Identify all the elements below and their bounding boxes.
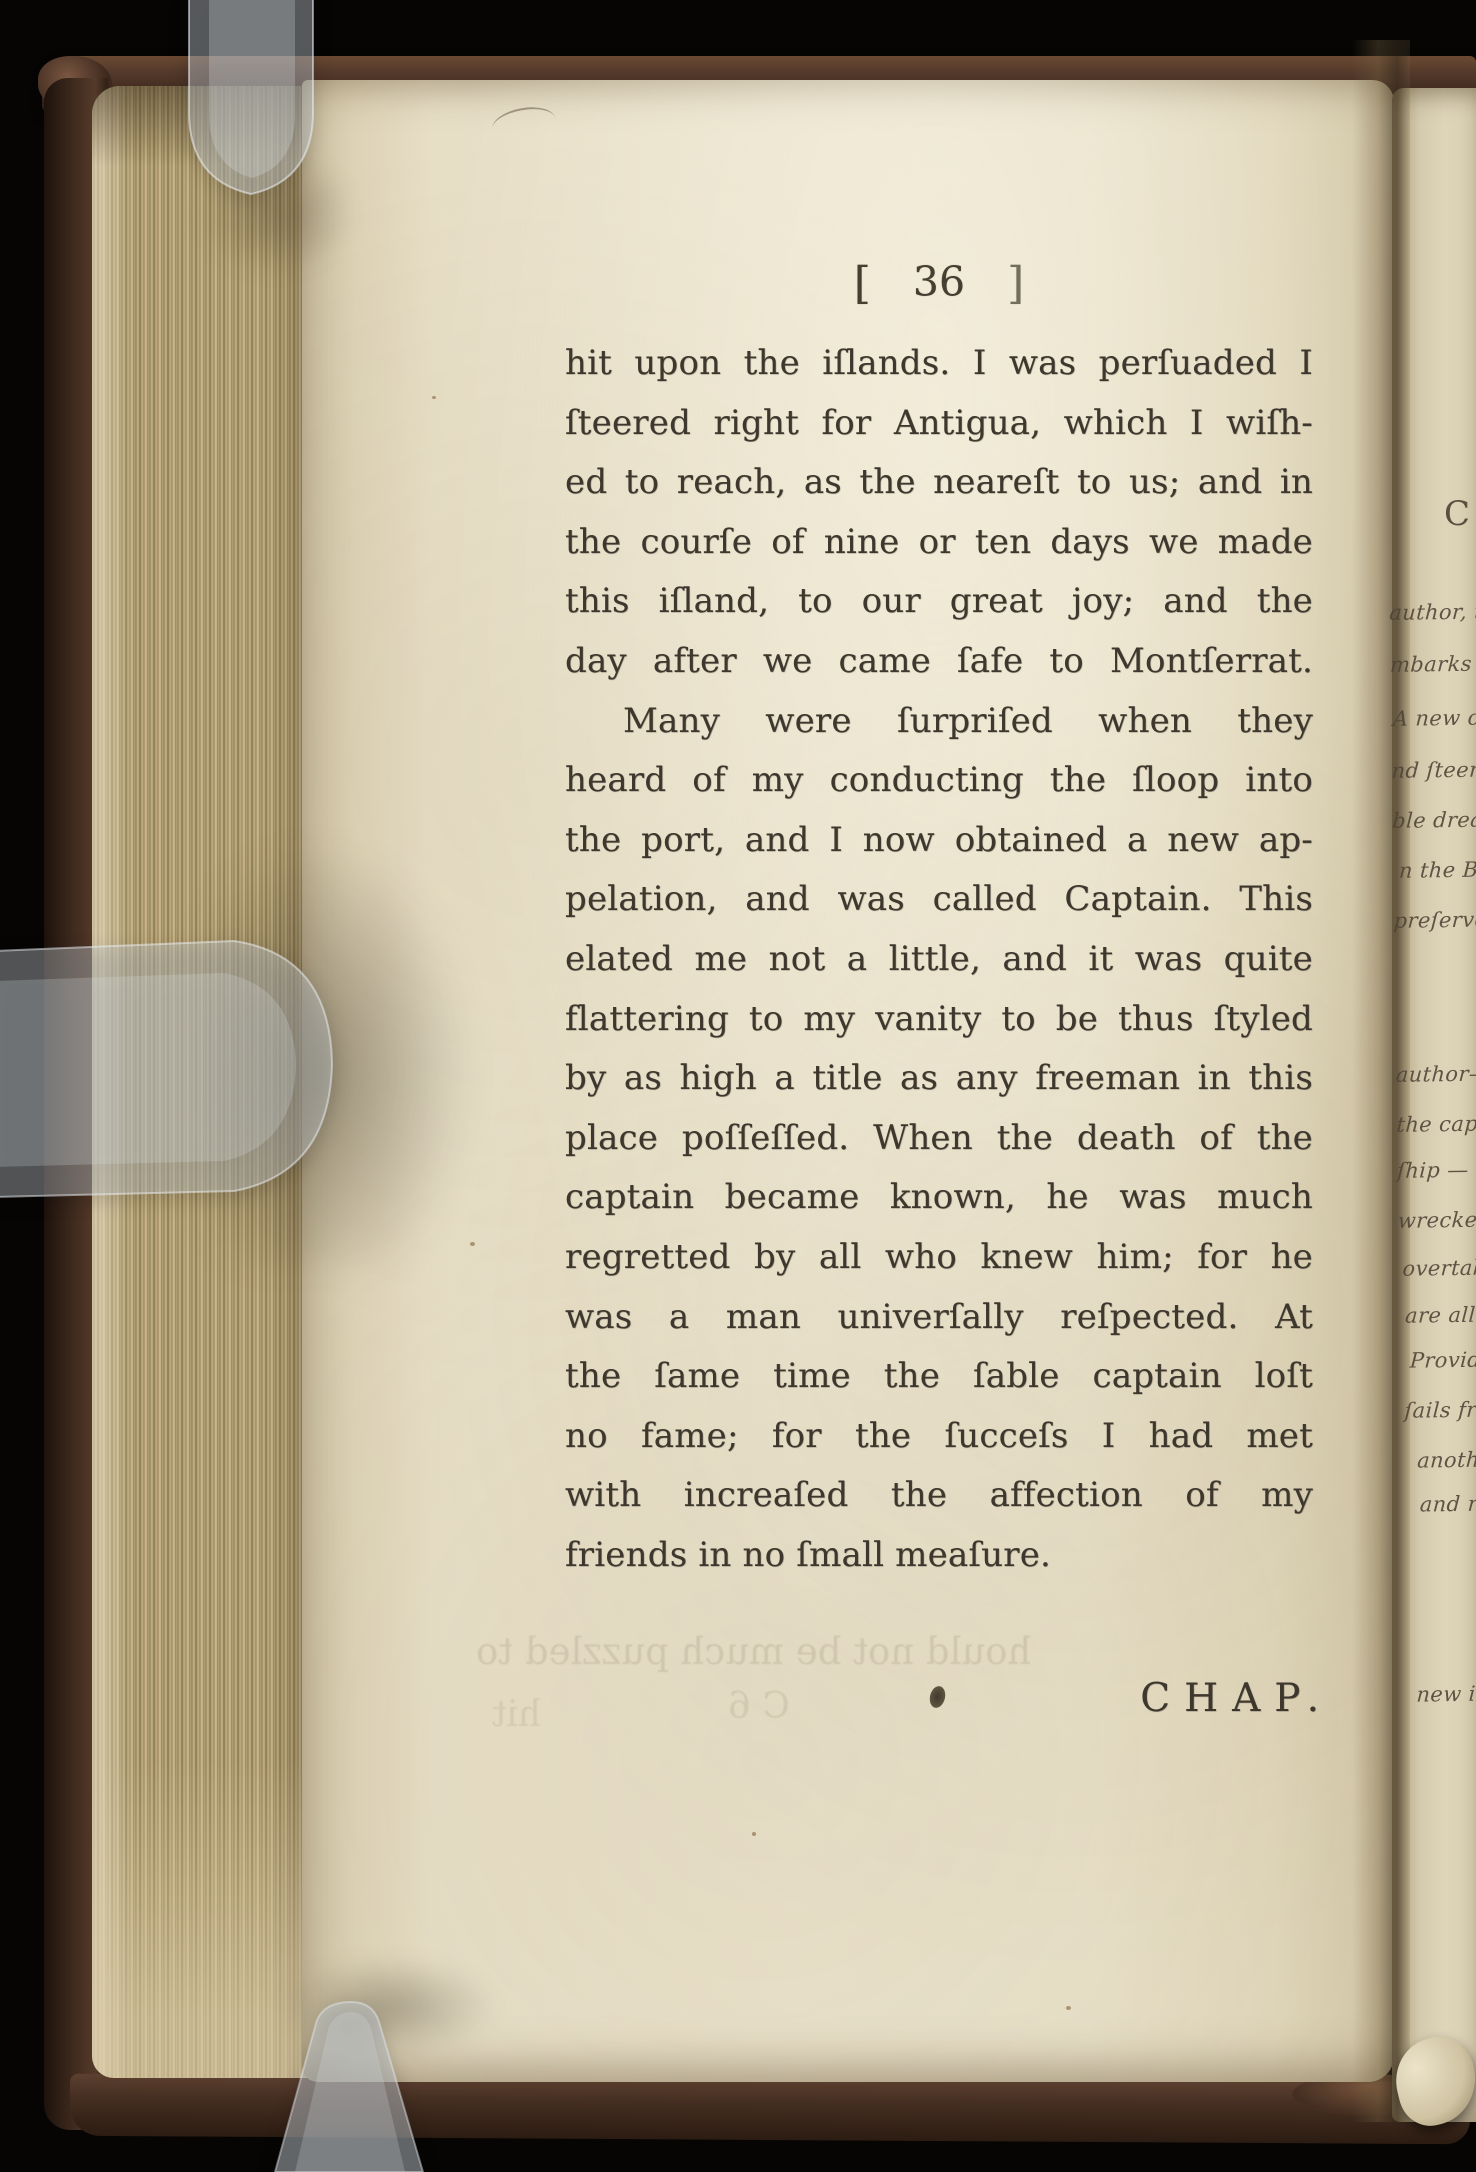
text-line: elated me not a little, and it was quite (565, 930, 1313, 990)
text-line: the port, and I now obtained a new ap- (565, 811, 1313, 871)
next-page-text-fragment: the captai (1396, 1111, 1476, 1137)
left-bracket: [ (854, 258, 871, 309)
next-page-text-fragment: preſerved, (1393, 907, 1476, 933)
text-line: with increaſed the affection of my (565, 1466, 1313, 1526)
next-page-text-fragment: another (1417, 1447, 1476, 1472)
text-line: day after we came ſafe to Montſerrat. (565, 632, 1313, 692)
text-line: friends in no ſmall meaſure. (565, 1526, 1313, 1586)
catchword: CHAP. (565, 1676, 1333, 1721)
next-page-text-fragment: n the Ba (1398, 857, 1476, 882)
text-line: regretted by all who knew him; for he (565, 1228, 1313, 1288)
text-line: Many were ſurpriſed when they (565, 692, 1313, 752)
page-holder-clip-left (0, 935, 339, 1205)
next-page-text-fragment: wrecker — (1397, 1207, 1476, 1233)
page-number-header: [ 36 ] (565, 258, 1313, 309)
text-line: ed to reach, as the neareſt to us; and i… (565, 453, 1313, 513)
next-page-text-fragment: are all ne (1405, 1302, 1476, 1327)
text-line: pelation, and was called Captain. This (565, 870, 1313, 930)
page-text-block: hit upon the iſlands. I was perſuaded Iſ… (565, 334, 1313, 1585)
next-page-text-fragment: Providen (1409, 1347, 1476, 1372)
paper-speck (432, 396, 436, 399)
text-line: captain became known, he was much (565, 1168, 1313, 1228)
show-through-text: hould not be much puzzled to (476, 1630, 1031, 1673)
next-page-text-fragment: author, t (1389, 600, 1476, 625)
next-page-text-fragment: ſails from (1404, 1397, 1476, 1422)
paper-speck (752, 1832, 756, 1836)
text-line: no fame; for the ſucceſs I had met (565, 1407, 1313, 1467)
page-holder-clip-top (183, 0, 319, 200)
text-line: heard of my conducting the ſloop into (565, 751, 1313, 811)
next-page-text-fragment: new imp (1416, 1681, 1476, 1706)
text-line: this iſland, to our great joy; and the (565, 572, 1313, 632)
next-page-text-fragment: and reſi (1419, 1491, 1476, 1516)
text-line: flattering to my vanity to be thus ſtyle… (565, 990, 1313, 1050)
next-page-text-fragment: nd ſteer (1391, 758, 1476, 783)
right-bracket: ] (1007, 258, 1024, 309)
text-line: ſteered right for Antigua, which I wiſh- (565, 394, 1313, 454)
next-page-text-fragment: ſhip — T (1397, 1158, 1476, 1183)
show-through-text: hit (492, 1694, 541, 1735)
text-line: hit upon the iſlands. I was perſuaded I (565, 334, 1313, 394)
text-line: place poſſeſſed. When the death of the (565, 1109, 1313, 1169)
page-number: 36 (913, 258, 965, 309)
text-line: was a man univerſally reſpected. At (565, 1288, 1313, 1348)
paper-speck (470, 1242, 475, 1246)
next-page-text-fragment: A new ca (1392, 705, 1476, 730)
text-line: the courſe of nine or ten days we made (565, 513, 1313, 573)
next-page-text-fragment: overtaken (1402, 1255, 1476, 1281)
next-page-text-fragment: mbarks fo (1389, 651, 1476, 677)
show-through-text: C 6 (728, 1686, 790, 1727)
page-holder-clip-bottom (255, 2000, 450, 2172)
book-photograph: [ 36 ] hit upon the iſlands. I was perſu… (0, 0, 1476, 2172)
next-page-text-fragment: author—H (1395, 1061, 1476, 1087)
text-line: by as high a title as any freeman in thi… (565, 1049, 1313, 1109)
text-line: the ſame time the ſable captain loſt (565, 1347, 1313, 1407)
next-page-text-fragment: ble dream (1392, 807, 1476, 833)
paper-speck (1066, 2006, 1071, 2010)
